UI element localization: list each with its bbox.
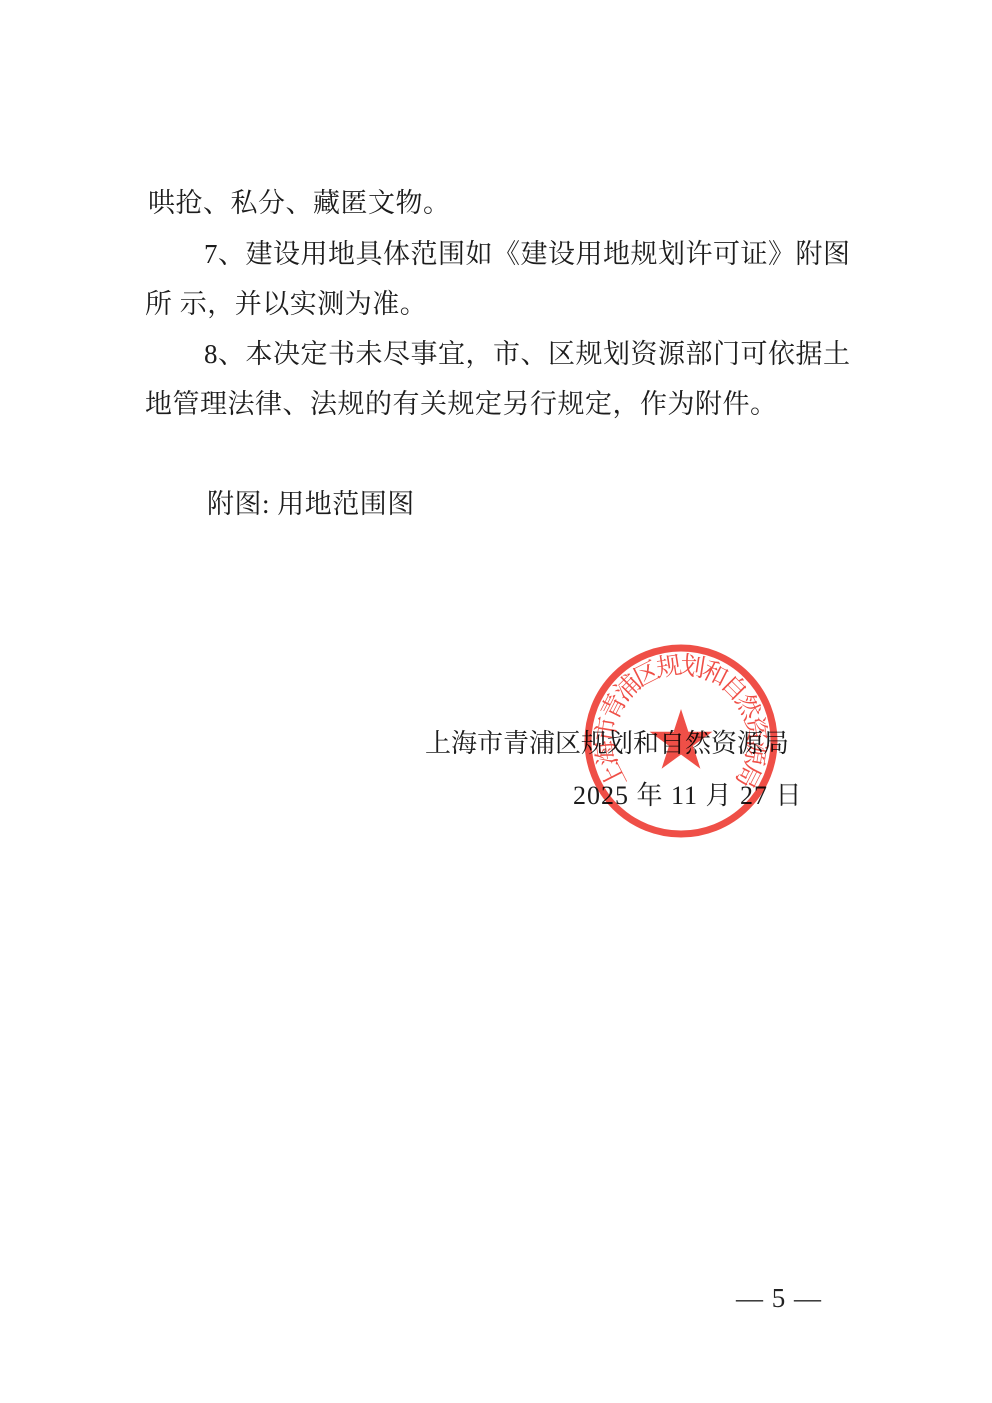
seal-arc-text: 上海市青浦区规划和自然资源局 [591, 651, 771, 792]
paragraph-line: 所 示，并以实测为准。 [145, 291, 427, 318]
issue-date: 2025 年 11 月 27 日 [573, 783, 803, 809]
paragraph-line: 7、建设用地具体范围如《建设用地规划许可证》附图 [204, 241, 851, 268]
seal-arc-char: 和 [698, 656, 733, 692]
issuer-signature: 上海市青浦区规划和自然资源局 [425, 731, 789, 757]
document-page: 哄抢、私分、藏匿文物。 7、建设用地具体范围如《建设用地规划许可证》附图 所 示… [0, 0, 992, 1403]
seal-arc-char: 青 [596, 689, 632, 724]
attachment-note: 附图: 用地范围图 [207, 491, 415, 518]
paragraph-line: 地管理法律、法规的有关规定另行规定，作为附件。 [145, 391, 778, 418]
paragraph-line: 8、本决定书未尽事宜，市、区规划资源部门可依据土 [204, 341, 851, 368]
paragraph-line: 哄抢、私分、藏匿文物。 [148, 190, 451, 217]
seal-arc-char: 自 [715, 669, 752, 706]
seal-arc-char: 然 [730, 689, 767, 725]
seal-arc-char: 浦 [609, 669, 646, 706]
seal-arc-char: 规 [655, 651, 684, 683]
seal-arc-char: 划 [678, 651, 707, 683]
seal-arc-char: 区 [630, 657, 665, 692]
page-number: — 5 — [736, 1285, 822, 1312]
